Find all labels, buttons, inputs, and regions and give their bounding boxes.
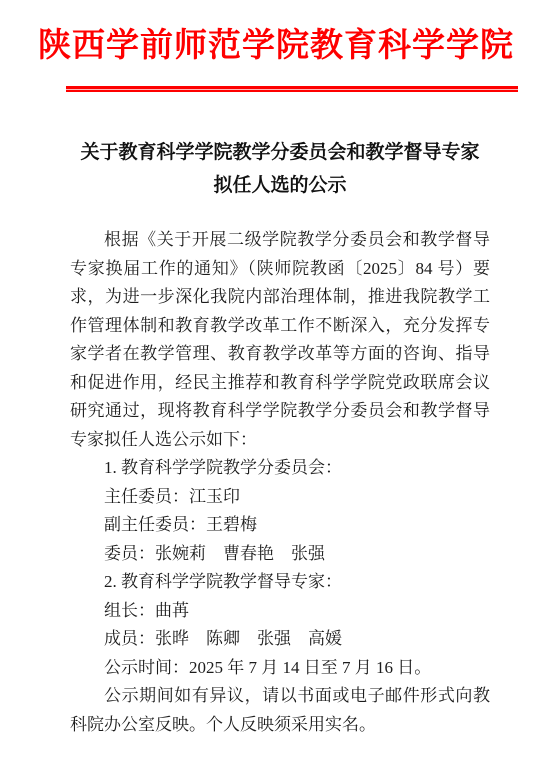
list-item-publicity-period: 公示时间：2025 年 7 月 14 日至 7 月 16 日。 [70,654,490,683]
objection-paragraph: 公示期间如有异议，请以书面或电子邮件形式向教科院办公室反映。个人反映须采用实名。 [70,682,490,739]
masthead-title: 陕西学前师范学院教育科学学院 [0,0,552,70]
document-title-line1: 关于教育科学学院教学分委员会和教学督导专家 [70,136,490,169]
list-item-deputy-director-member: 副主任委员：王碧梅 [70,511,490,540]
document-title-line2: 拟任人选的公示 [70,169,490,202]
document-page: 陕西学前师范学院教育科学学院 关于教育科学学院教学分委员会和教学督导专家 拟任人… [0,0,552,770]
list-item-director-member: 主任委员：江玉印 [70,483,490,512]
document-text-block: 根据《关于开展二级学院教学分委员会和教学督导专家换届工作的通知》（陕师院教函〔2… [70,226,490,739]
list-item-supervisor-heading: 2. 教育科学学院教学督导专家： [70,568,490,597]
masthead-divider-rule [66,86,518,92]
list-item-committee-heading: 1. 教育科学学院教学分委员会： [70,454,490,483]
intro-paragraph: 根据《关于开展二级学院教学分委员会和教学督导专家换届工作的通知》（陕师院教函〔2… [70,226,490,454]
document-title: 关于教育科学学院教学分委员会和教学督导专家 拟任人选的公示 [70,136,490,202]
list-item-group-leader: 组长：曲苒 [70,597,490,626]
list-item-group-members: 成员：张晔 陈卿 张强 高媛 [70,625,490,654]
document-masthead: 陕西学前师范学院教育科学学院 [0,0,552,92]
appointee-list: 1. 教育科学学院教学分委员会： 主任委员：江玉印 副主任委员：王碧梅 委员：张… [70,454,490,682]
list-item-committee-members: 委员：张婉莉 曹春艳 张强 [70,540,490,569]
document-body: 关于教育科学学院教学分委员会和教学督导专家 拟任人选的公示 根据《关于开展二级学… [0,136,552,739]
